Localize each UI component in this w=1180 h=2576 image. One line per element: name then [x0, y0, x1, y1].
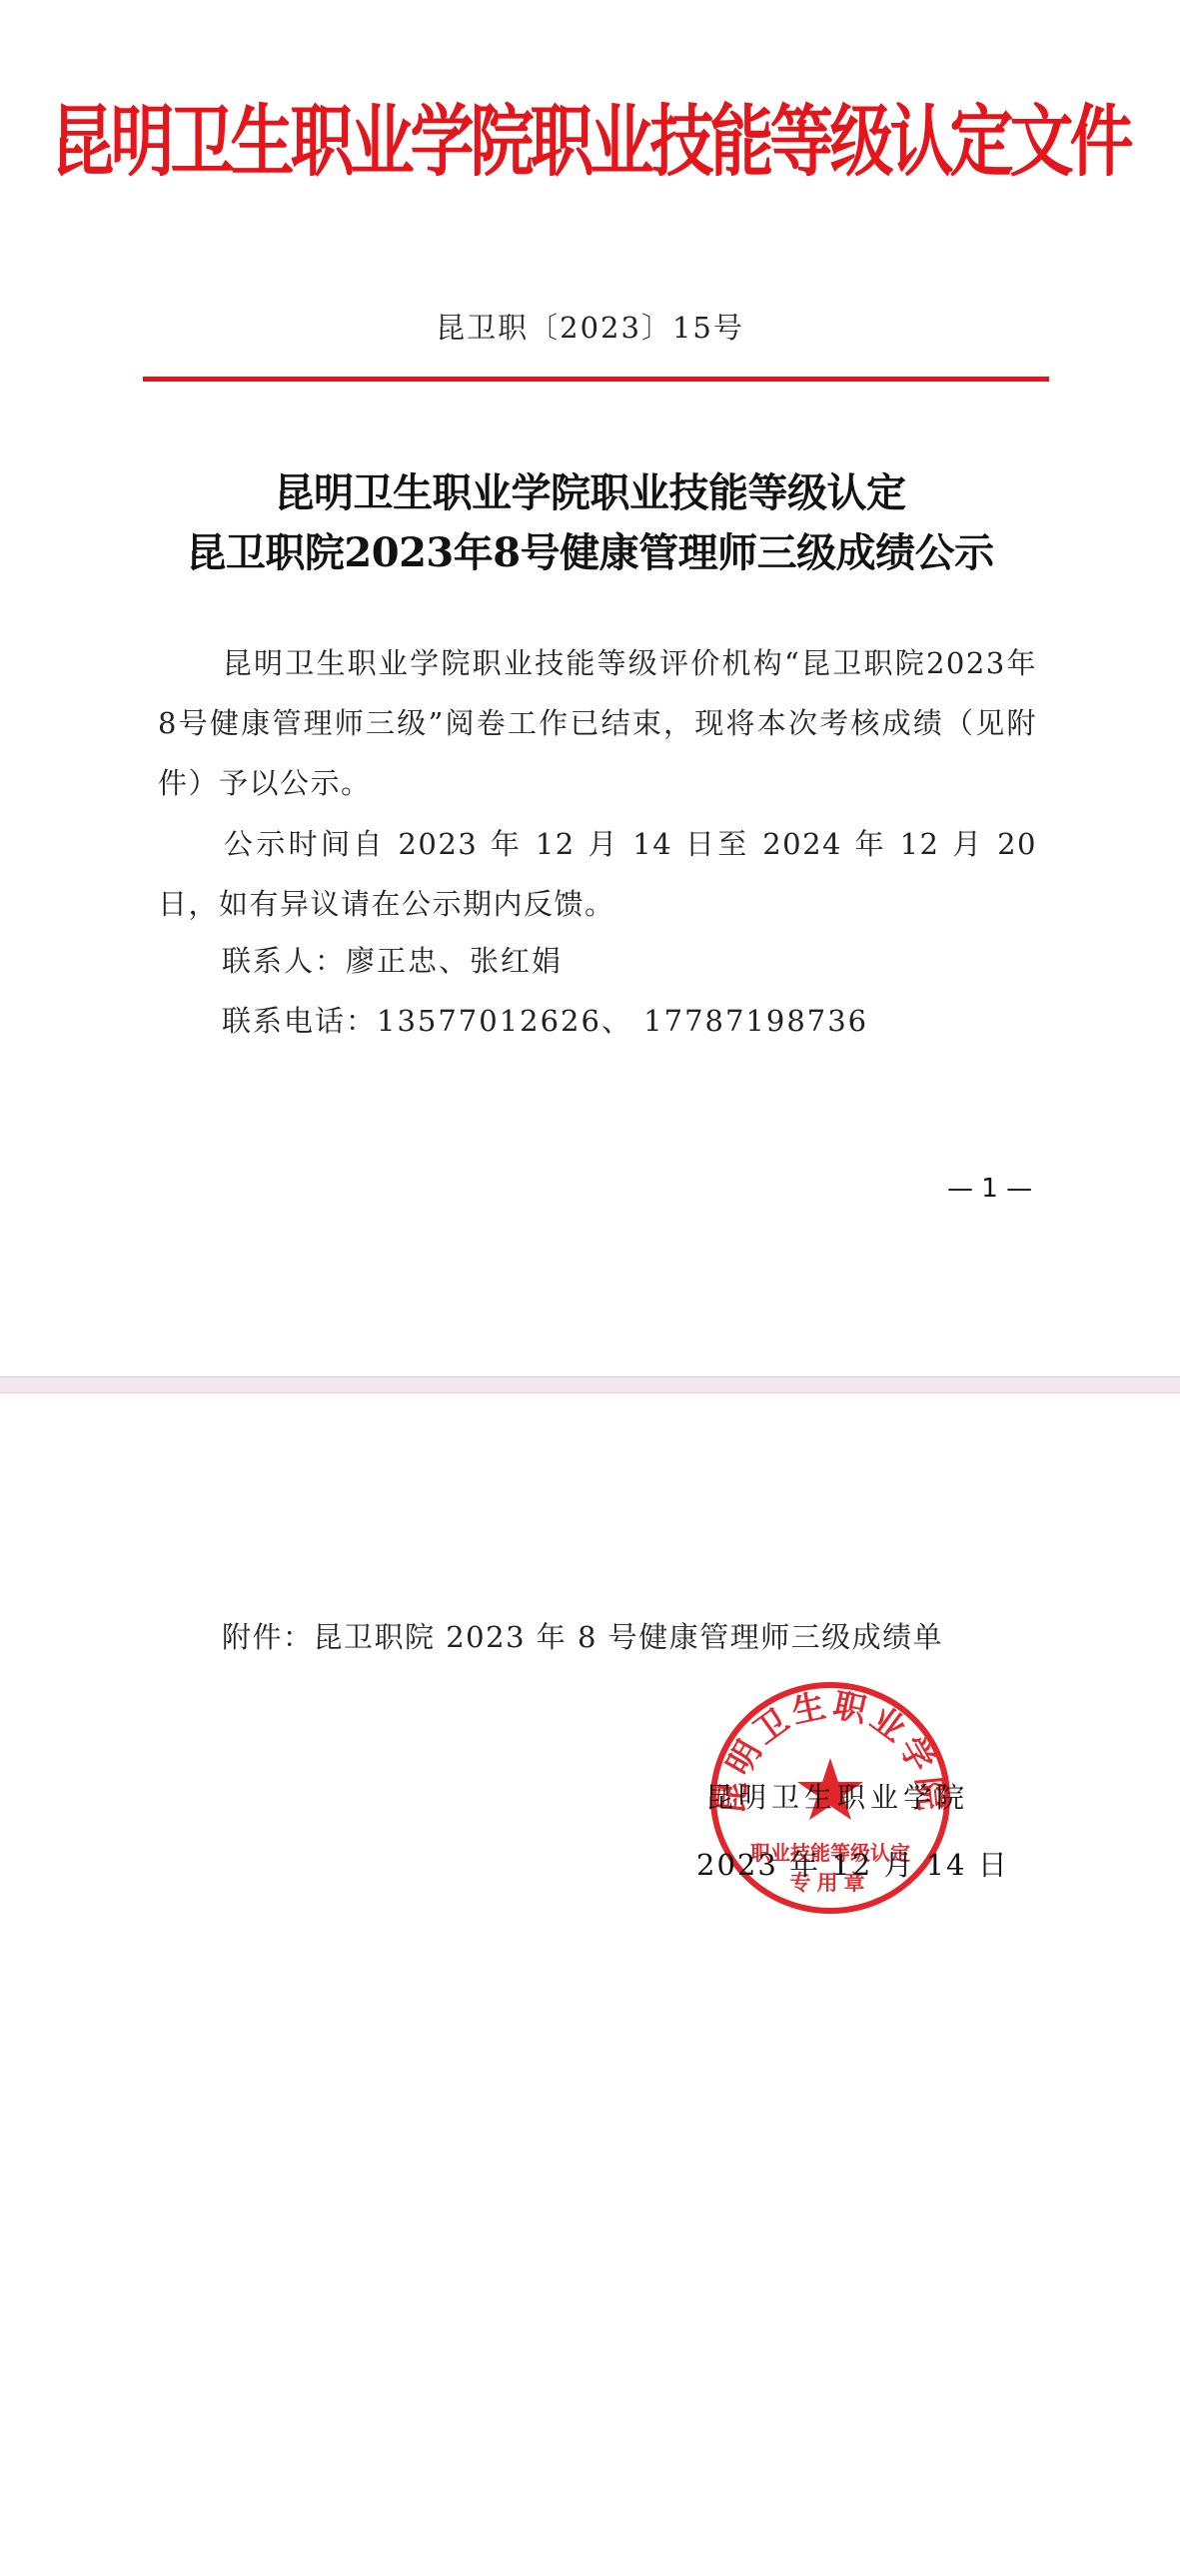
contact-person: 联系人：廖正忠、张红娟: [222, 939, 563, 980]
notice-title-line-1: 昆明卫生职业学院职业技能等级认定: [0, 461, 1180, 518]
document-page-1: 昆明卫生职业学院职业技能等级认定文件 昆卫职〔2023〕15号 昆明卫生职业学院…: [0, 0, 1180, 1376]
signature-organization: 昆明卫生职业学院: [705, 1776, 969, 1816]
document-page-2: 附件：昆卫职院 2023 年 8 号健康管理师三级成绩单 昆明卫生职业学院 职业…: [0, 1393, 1180, 2576]
notice-paragraph-1: 昆明卫生职业学院职业技能等级评价机构“昆卫职院2023年8号健康管理师三级”阅卷…: [158, 633, 1037, 813]
document-number: 昆卫职〔2023〕15号: [0, 306, 1180, 347]
paragraph-1-text: 昆明卫生职业学院职业技能等级评价机构“昆卫职院2023年8号健康管理师三级”阅卷…: [158, 646, 1037, 800]
page-separator: [0, 1376, 1180, 1393]
masthead-title: 昆明卫生职业学院职业技能等级认定文件: [0, 88, 1180, 198]
red-divider-rule: [143, 377, 1049, 382]
attachment-line: 附件：昆卫职院 2023 年 8 号健康管理师三级成绩单: [222, 1615, 943, 1656]
signature-date: 2023 年 12 月 14 日: [696, 1843, 1009, 1884]
paragraph-2-text: 公示时间自 2023 年 12 月 14 日至 2024 年 12 月 20 日…: [158, 827, 1037, 921]
notice-paragraph-2: 公示时间自 2023 年 12 月 14 日至 2024 年 12 月 20 日…: [158, 814, 1037, 934]
contact-phone: 联系电话：13577012626、 17787198736: [222, 999, 868, 1040]
page-number: — 1 —: [947, 1174, 1032, 1204]
notice-title-line-2: 昆卫职院2023年8号健康管理师三级成绩公示: [0, 521, 1180, 578]
